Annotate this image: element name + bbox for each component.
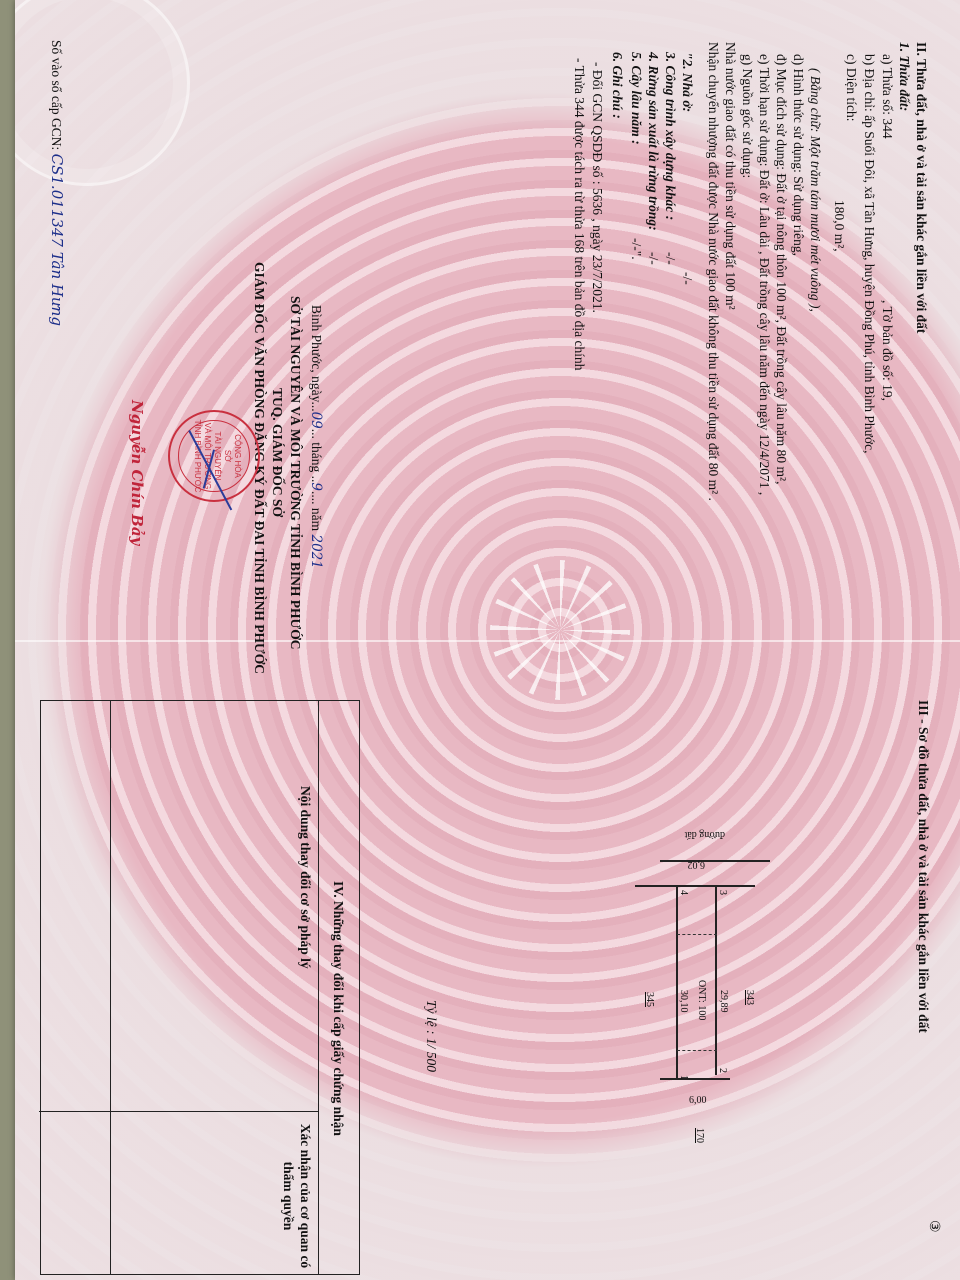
- registry-number: Số vào sổ cấp GCN: CS1.011347 Tân Hưng: [48, 40, 65, 326]
- place-date-prefix: Bình Phước, ngày: [309, 305, 324, 401]
- origin-line-1: Nhà nước giao đất có thu tiền sử dụng đấ…: [722, 42, 739, 310]
- other-works-value: -/-: [662, 252, 679, 265]
- setback-line: [677, 934, 717, 935]
- planted-forest-value: -/-: [645, 252, 662, 265]
- registry-label: Số vào sổ cấp GCN:: [49, 40, 64, 150]
- parcel-diagram: đường đất 6,02 6,00 29,89 30,10 ONT: 100…: [565, 840, 785, 1180]
- neighbor-parcel: 343: [744, 990, 755, 1005]
- perennial-trees-label: 5. Cây lâu năm :: [628, 52, 645, 145]
- place-date: Bình Phước, ngày...09... tháng ..9.... n…: [307, 305, 325, 569]
- left-edge-length: 30,10: [678, 990, 689, 1013]
- parcel-address: b) Địa chỉ: ấp Suối Đôi, xã Tân Hưng, hu…: [861, 54, 878, 454]
- area-value: 180,0 m²,: [831, 200, 848, 252]
- area-label: c) Diện tích:: [843, 54, 860, 121]
- corner-point: 2: [717, 1068, 728, 1073]
- month-prefix: tháng: [309, 442, 324, 472]
- note-item: - Đổi GCN QSDĐ số : 5636 , ngày 23/7/202…: [589, 62, 606, 313]
- area-in-words: ( Bằng chữ: Một trăm tám mươi mét vuông …: [807, 68, 824, 312]
- use-term: e) Thời hạn sử dụng: Đất ở: Lâu dài , Đấ…: [756, 54, 773, 495]
- embossed-seal: [15, 0, 190, 186]
- bronze-drum-star-watermark: [490, 560, 630, 700]
- parcel-number: a) Thửa số: 344: [879, 54, 896, 139]
- notes-label: 6. Ghi chú :: [609, 52, 626, 119]
- stamp-line: CỘNG HÒA: [232, 412, 242, 500]
- road-label: đường đất: [685, 829, 725, 840]
- corner-point: 4: [678, 890, 689, 895]
- registry-value: CS1.011347 Tân Hưng: [48, 154, 66, 326]
- changes-table-header: IV. Những thay đổi khi cấp giấy chứng nh…: [318, 701, 359, 1274]
- road-line: [660, 860, 770, 862]
- official-red-stamp: CỘNG HÒA SỞ TÀI NGUYÊN VÀ MÔI TRƯỜNG TỈN…: [168, 410, 260, 502]
- other-works-label: 3. Công trình xây dựng khác :: [662, 52, 679, 220]
- origin-label: g) Nguồn gốc sử dụng:: [739, 54, 756, 178]
- section-ii-heading: II. Thửa đất, nhà ở và tài sản khác gắn …: [913, 42, 930, 333]
- top-edge-length: 6,02: [688, 859, 706, 870]
- stamp-line: TỈNH BÌNH PHƯỚC: [192, 412, 202, 500]
- planted-forest-label: 4. Rừng sản xuất là rừng trồng:: [645, 52, 662, 231]
- issue-month: 9: [308, 482, 324, 491]
- right-edge-length: 29,89: [718, 990, 729, 1013]
- on-behalf-title: TUQ. GIÁM ĐỐC SỞ: [269, 388, 286, 517]
- col2-line1: Xác nhận của cơ quan có: [297, 1121, 314, 1271]
- use-form: d) Hình thức sử dụng: Sử dụng riêng,: [790, 54, 807, 256]
- column-divider: [39, 1111, 319, 1112]
- col-changes-legal-basis: Nội dung thay đổi cơ sở pháp lý: [297, 786, 314, 969]
- setback-line: [677, 1050, 717, 1051]
- land-type-label: ONT: 100: [696, 980, 707, 1020]
- house-label: "2. Nhà ở:: [679, 52, 696, 112]
- house-value: -/-: [679, 272, 696, 285]
- parcel-edge-left: [716, 885, 718, 1075]
- note-item: - Thửa 344 được tách ra từ thửa 168 trên…: [571, 58, 588, 370]
- land-use-certificate-sheet: II. Thửa đất, nhà ở và tài sản khác gắn …: [15, 0, 960, 1280]
- parcel-edge-bottom: [660, 1078, 730, 1080]
- section-iv-heading: IV. Những thay đổi khi cấp giấy chứng nh…: [330, 881, 347, 1136]
- section-iii-heading: III - Sơ đồ thửa đất, nhà ở và tài sản k…: [915, 700, 932, 1033]
- page-fold: [15, 640, 960, 642]
- row-divider: [110, 701, 111, 1274]
- perennial-trees-value: -/-".: [628, 238, 645, 260]
- signer-name: Nguyễn Chín Bảy: [128, 400, 145, 545]
- issue-day: 09: [308, 412, 324, 429]
- department-name: SỞ TÀI NGUYÊN VÀ MÔI TRƯỜNG TỈNH BÌNH PH…: [287, 296, 304, 650]
- land-parcel-heading: 1. Thửa đất:: [896, 42, 913, 111]
- col2-line2: thẩm quyền: [280, 1121, 297, 1271]
- page-number-mark: ③: [925, 1220, 942, 1233]
- col-authority-confirmation: Xác nhận của cơ quan có thẩm quyền: [280, 1121, 314, 1271]
- stamp-line: SỞ: [222, 412, 232, 500]
- use-purpose: đ) Mục đích sử dụng: Đất ở tại nông thôn…: [773, 54, 790, 484]
- bottom-edge-length: 6,00: [689, 1095, 707, 1106]
- map-sheet-number: , Tờ bản đồ số: 19,: [879, 300, 896, 401]
- neighbor-parcel: 170: [694, 1128, 705, 1143]
- origin-line-2: Nhận chuyển nhượng đất được Nhà nước gia…: [705, 42, 722, 501]
- neighbor-parcel: 345: [644, 992, 655, 1007]
- scale-label: Tỷ lệ : 1/ 500: [423, 1000, 440, 1072]
- issue-year: 2021: [308, 534, 324, 568]
- parcel-edge-top: [635, 885, 755, 887]
- changes-table: IV. Những thay đổi khi cấp giấy chứng nh…: [40, 700, 360, 1275]
- year-prefix: năm: [309, 508, 324, 531]
- corner-point: 1: [678, 1075, 689, 1080]
- corner-point: 3: [717, 890, 728, 895]
